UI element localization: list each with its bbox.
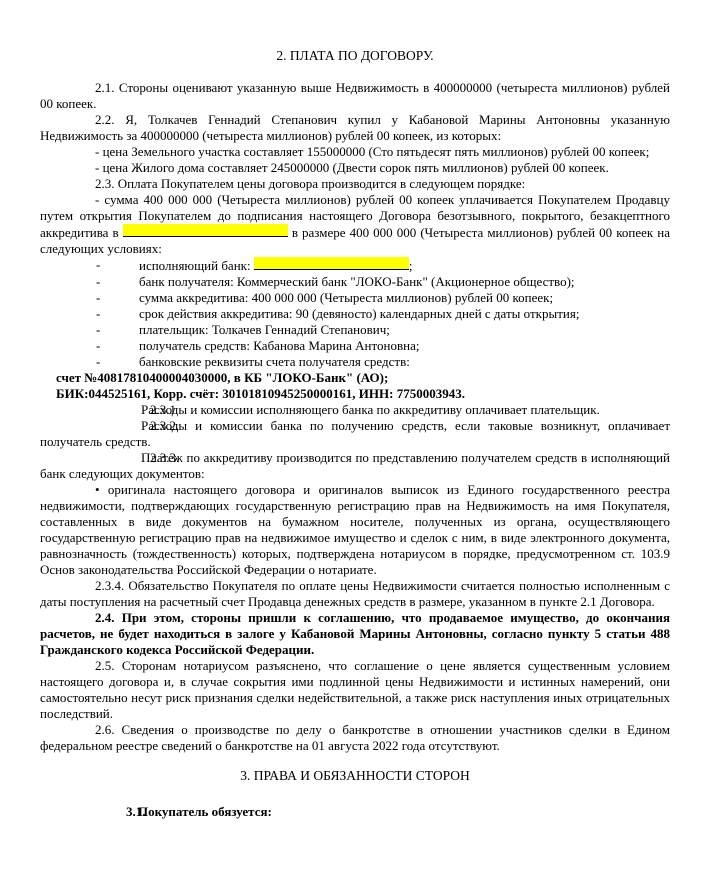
clause-2-3-letter-of-credit: - сумма 400 000 000 (Четыреста миллионов… xyxy=(40,192,670,257)
clause-number: 2.3.1 xyxy=(95,402,141,418)
clause-text: Покупатель обязуется: xyxy=(138,804,272,819)
dash-marker: - xyxy=(96,338,100,354)
dash-marker: - xyxy=(96,306,100,322)
condition-label: плательщик: Толкачев Геннадий Степанович… xyxy=(139,322,390,337)
clause-3-1-header: 3.1.Покупатель обязуется: xyxy=(40,804,670,820)
list-item-house-price: - цена Жилого дома составляет 245000000 … xyxy=(40,160,670,176)
condition-funds-recipient: - получатель средств: Кабанова Марина Ан… xyxy=(40,338,670,354)
dash-marker: - xyxy=(96,322,100,338)
bank-account-line: счет №40817810400004030000, в КБ "ЛОКО-Б… xyxy=(40,370,670,386)
condition-label: банк получателя: Коммерческий банк "ЛОКО… xyxy=(139,274,575,289)
clause-number: 2.3.3. xyxy=(95,450,141,466)
clause-2-3-4: 2.3.4. Обязательство Покупателя по оплат… xyxy=(40,578,670,610)
clause-2-5: 2.5. Сторонам нотариусом разъяснено, что… xyxy=(40,658,670,722)
list-item-land-price: - цена Земельного участка составляет 155… xyxy=(40,144,670,160)
condition-credit-amount: - сумма аккредитива: 400 000 000 (Четыре… xyxy=(40,290,670,306)
clause-2-3-1: 2.3.1Расходы и комиссии исполняющего бан… xyxy=(40,402,670,418)
clause-2-3-2: 2.3.2.Расходы и комиссии банка по получе… xyxy=(40,418,670,450)
clause-2-3: 2.3. Оплата Покупателем цены договора пр… xyxy=(40,176,670,192)
clause-number: 2.3.2. xyxy=(95,418,141,434)
condition-bank-details: - банковские реквизиты счета получателя … xyxy=(40,354,670,370)
redacted-executing-bank-blank xyxy=(254,257,409,270)
clause-2-3-3: 2.3.3.Платеж по аккредитиву производится… xyxy=(40,450,670,482)
clause-2-1: 2.1. Стороны оценивают указанную выше Не… xyxy=(40,80,670,112)
clause-2-2: 2.2. Я, Толкачев Геннадий Степанович куп… xyxy=(40,112,670,144)
condition-label: срок действия аккредитива: 90 (девяносто… xyxy=(139,306,579,321)
bullet-text: оригинала настоящего договора и оригинал… xyxy=(40,482,670,577)
bullet-marker: • xyxy=(95,482,100,497)
condition-label: банковские реквизиты счета получателя ср… xyxy=(139,354,410,369)
section-2-heading: 2. ПЛАТА ПО ДОГОВОРУ. xyxy=(40,48,670,64)
condition-credit-term: - срок действия аккредитива: 90 (девянос… xyxy=(40,306,670,322)
section-3-heading: 3. ПРАВА И ОБЯЗАННОСТИ СТОРОН xyxy=(40,768,670,784)
clause-text: Расходы и комиссии исполняющего банка по… xyxy=(141,402,600,417)
clause-number: 3.1. xyxy=(83,804,138,820)
clause-2-4: 2.4. При этом, стороны пришли к соглашен… xyxy=(40,610,670,658)
dash-marker: - xyxy=(96,354,100,370)
bank-bik-line: БИК:044525161, Корр. счёт: 3010181094525… xyxy=(40,386,670,402)
dash-marker: - xyxy=(96,290,100,306)
condition-executing-bank: - исполняющий банк: ; xyxy=(40,257,670,274)
condition-recipient-bank: - банк получателя: Коммерческий банк "ЛО… xyxy=(40,274,670,290)
condition-payer: - плательщик: Толкачев Геннадий Степанов… xyxy=(40,322,670,338)
dash-marker: - xyxy=(96,257,100,273)
documents-bullet-item: • оригинала настоящего договора и оригин… xyxy=(40,482,670,578)
clause-2-6: 2.6. Сведения о производстве по делу о б… xyxy=(40,722,670,754)
redacted-issuing-bank-blank xyxy=(123,224,288,237)
condition-suffix: ; xyxy=(409,258,413,273)
contract-document-page: 2. ПЛАТА ПО ДОГОВОРУ. 2.1. Стороны оцени… xyxy=(0,0,710,874)
condition-label: исполняющий банк: xyxy=(139,258,251,273)
condition-label: сумма аккредитива: 400 000 000 (Четырест… xyxy=(139,290,553,305)
dash-marker: - xyxy=(96,274,100,290)
condition-label: получатель средств: Кабанова Марина Анто… xyxy=(139,338,419,353)
